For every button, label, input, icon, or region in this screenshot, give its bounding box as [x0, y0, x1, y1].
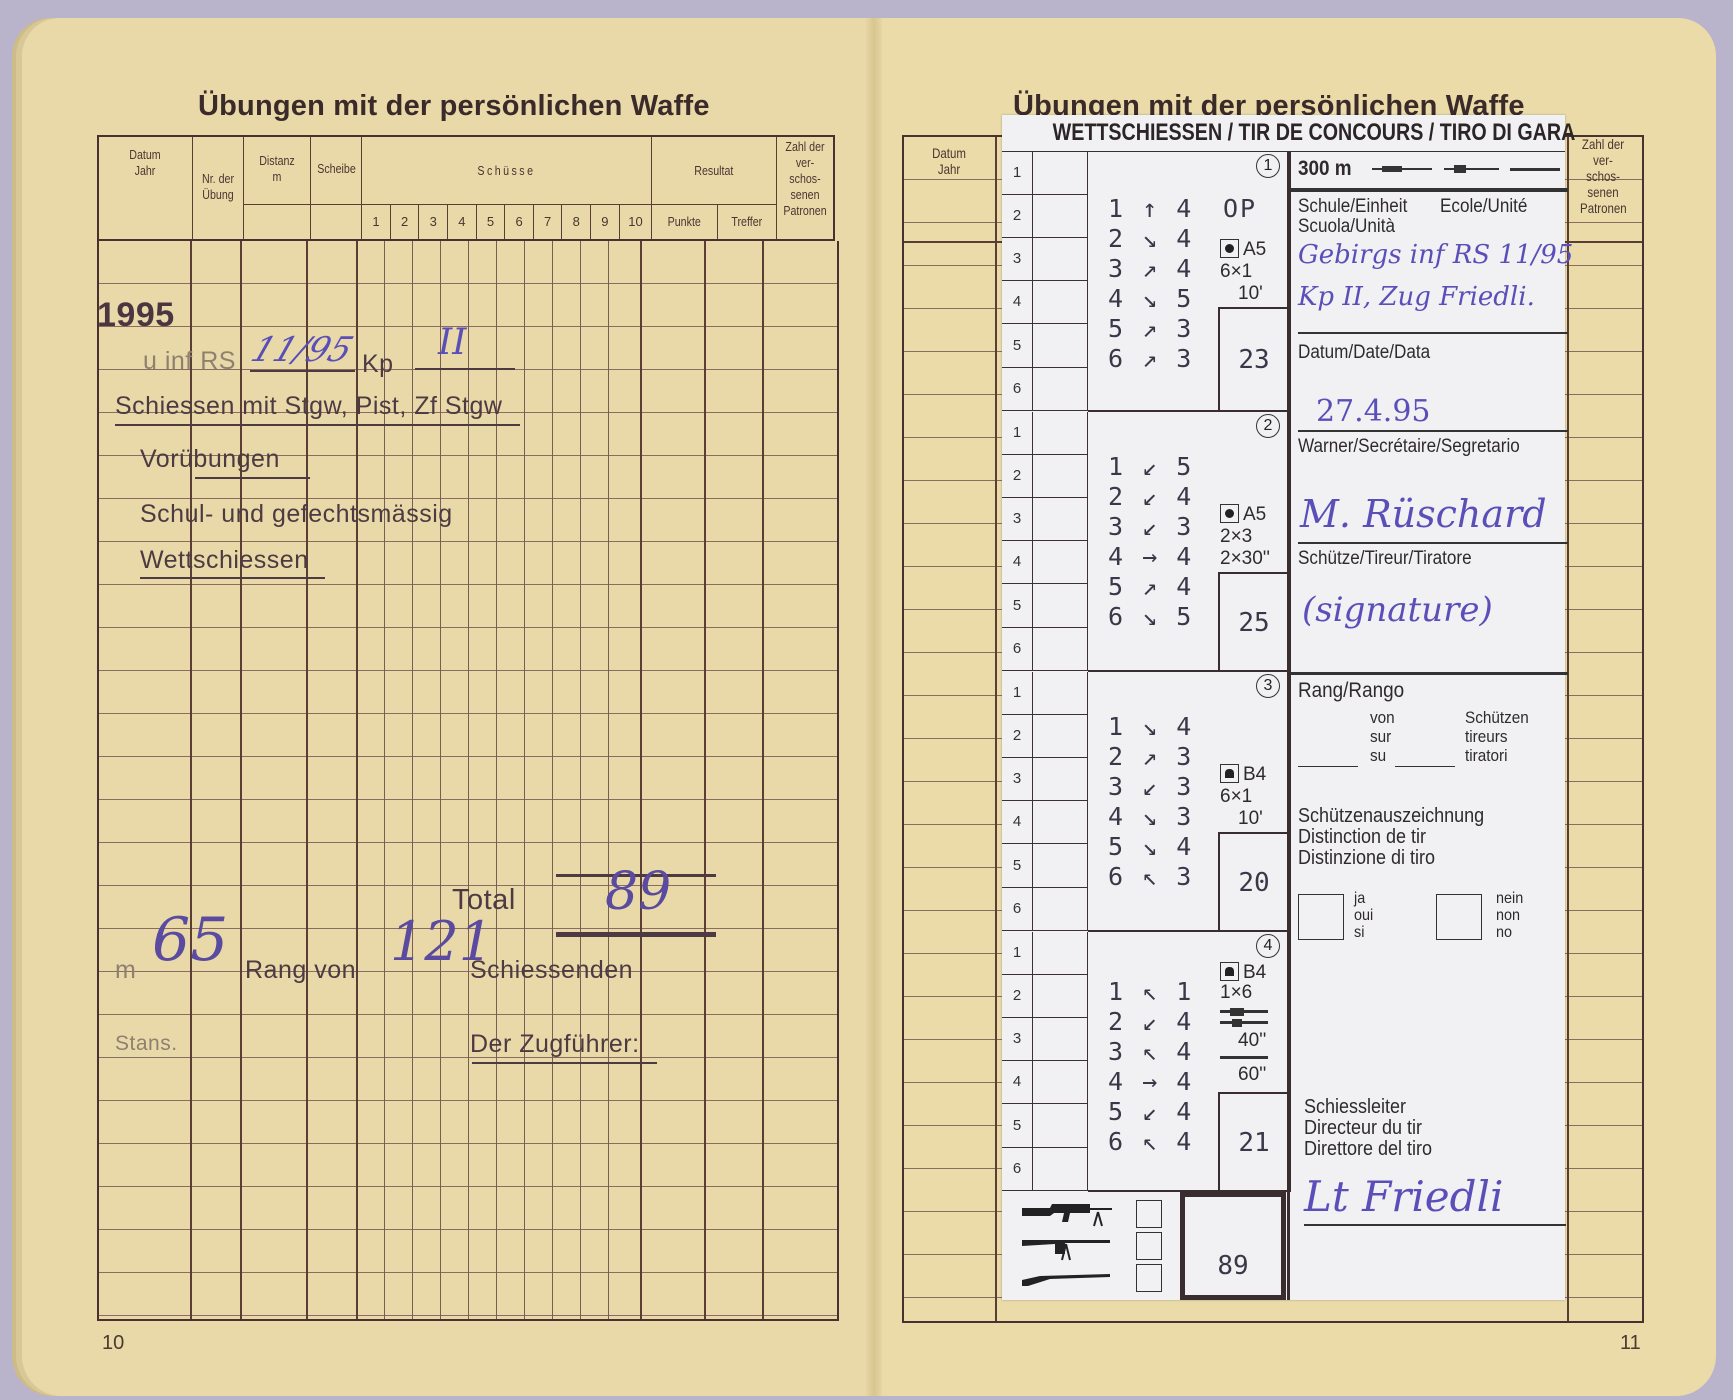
distinction-no-checkbox[interactable]: [1436, 894, 1482, 940]
underline: [140, 577, 325, 579]
handwritten-school-number: 11/95: [246, 330, 359, 370]
stamp-weapons-line: Schiessen mit Stgw, Pist, Zf Stgw: [115, 392, 502, 421]
header-distanz: Distanz m: [243, 136, 310, 204]
shot-col-2: 2: [390, 204, 419, 240]
series-subtotal: 23: [1218, 307, 1288, 412]
stamp-school-prefix: u inf RS: [143, 347, 236, 376]
shot-col-8: 8: [562, 204, 591, 240]
weapon-checkbox-stgw57[interactable]: [1136, 1232, 1162, 1260]
total-score-box: 89: [1180, 1192, 1286, 1300]
rank-input-line[interactable]: [1298, 766, 1358, 767]
total-score: 89: [1185, 1251, 1281, 1281]
stgw57-rifle-icon: [1020, 1232, 1115, 1262]
secretary-signature: M. Rüschard: [1300, 492, 1547, 536]
underline: [115, 424, 520, 426]
weapon-silhouettes-icon: [1372, 162, 1562, 176]
stamp-schul-gefechtsmaessig: Schul- und gefechtsmässig: [140, 500, 453, 529]
book-gutter: [866, 18, 882, 1396]
distinction-yes-checkbox[interactable]: [1298, 894, 1344, 940]
header-zahl-patronen: Zahl der ver- schos- senen Patronen: [777, 136, 834, 240]
underline: [556, 932, 716, 937]
header-nr-uebung: Nr. der Übung: [192, 136, 243, 240]
target-b4-icon: [1220, 962, 1239, 981]
stamp-place: Stans.: [115, 1032, 178, 1056]
shot-col-9: 9: [591, 204, 620, 240]
school-unit-value: Gebirgs inf RS 11/95: [1298, 240, 1573, 270]
stamp-participants-label: Schiessenden: [470, 956, 633, 985]
assault-rifle-icon: [1220, 1006, 1270, 1030]
weapon-checkbox-stgw90[interactable]: [1136, 1200, 1162, 1228]
stamp-rank-label: Rang von: [245, 956, 356, 985]
weapon-selection: [1002, 1192, 1178, 1300]
series-1: 1 2 3 4 5 6 1 1 ↑ 4 2 ↘ 4 3 ↗ 4 4 ↘ 5 5 …: [1002, 152, 1288, 412]
shot-col-6: 6: [505, 204, 534, 240]
score-card-title: WETTSCHIESSEN / TIR DE CONCOURS / TIRO D…: [1053, 115, 1515, 151]
stamp-kp-label: Kp: [362, 350, 394, 379]
series-number-badge: 1: [1256, 154, 1280, 178]
date-value: 27.4.95: [1316, 394, 1431, 429]
shot-col-5: 5: [476, 204, 505, 240]
header-scheibe: Scheibe: [311, 136, 362, 204]
header-punkte: Punkte: [652, 204, 717, 240]
header-resultat: Resultat: [652, 136, 777, 204]
stamp-rank-prefix: m: [115, 956, 136, 985]
header-treffer: Treffer: [717, 204, 776, 240]
handwritten-kp-number: II: [438, 322, 466, 363]
series-flag: OP: [1223, 194, 1257, 223]
series-number-badge: 3: [1256, 674, 1280, 698]
card-info-panel: 300 m Schule/Einheit Ecole/Unité Scuola/…: [1287, 152, 1568, 1300]
handwritten-total: 89: [605, 862, 671, 922]
shot-col-10: 10: [619, 204, 652, 240]
underline: [250, 370, 355, 372]
shooter-signature: (signature): [1302, 590, 1493, 630]
participants-input-line[interactable]: [1395, 766, 1455, 767]
handwritten-rank: 65: [152, 905, 228, 975]
exercise-table: Datum Jahr Nr. der Übung Distanz m Schei…: [97, 135, 835, 241]
page-number-left: 10: [102, 1332, 124, 1355]
target-a5-icon: [1220, 239, 1239, 258]
series-2: 1 2 3 4 5 6 2 1 ↙ 5 2 ↙ 4 3 ↙ 3 4 → 4 5 …: [1002, 412, 1288, 672]
shot-col-1: 1: [362, 204, 391, 240]
series-3: 1 2 3 4 5 6 3 1 ↘ 4 2 ↗ 3 3 ↙ 3 4 ↘ 3 5 …: [1002, 672, 1288, 932]
score-card: WETTSCHIESSEN / TIR DE CONCOURS / TIRO D…: [1002, 115, 1565, 1300]
series-subtotal: 20: [1218, 832, 1288, 932]
underline: [472, 1062, 657, 1064]
karabiner-rifle-icon: [1020, 1266, 1115, 1290]
series-number-badge: 4: [1256, 934, 1280, 958]
series-number-badge: 2: [1256, 414, 1280, 438]
shot-col-7: 7: [533, 204, 562, 240]
company-value: Kp II, Zug Friedli.: [1298, 282, 1535, 312]
carbine-icon: [1220, 1054, 1270, 1062]
distance-label: 300 m: [1298, 158, 1352, 179]
header-datum-jahr-right: Datum Jahr: [905, 145, 993, 179]
series-4: 1 2 3 4 5 6 4 1 ↖ 1 2 ↙ 4 3 ↖ 4 4 → 4 5 …: [1002, 932, 1288, 1192]
shot-col-4: 4: [448, 204, 477, 240]
weapon-checkbox-karabiner[interactable]: [1136, 1264, 1162, 1292]
series-subtotal: 21: [1218, 1092, 1288, 1192]
shot-col-3: 3: [419, 204, 448, 240]
target-a5-icon: [1220, 504, 1239, 523]
target-b4-icon: [1220, 764, 1239, 783]
underline: [415, 368, 515, 370]
series-subtotal: 25: [1218, 572, 1288, 672]
stgw90-rifle-icon: [1020, 1200, 1115, 1228]
stamp-wettschiessen: Wettschiessen: [140, 546, 309, 575]
header-datum-jahr: Datum Jahr: [98, 136, 192, 240]
page-number-right: 11: [1620, 1332, 1641, 1355]
stamp-signature-label: Der Zugführer:: [470, 1030, 640, 1059]
page-title: Übungen mit der persönlichen Waffe: [198, 90, 710, 123]
stamp-year: 1995: [97, 296, 175, 335]
stamp-vorubungen: Vorübungen: [140, 445, 280, 474]
header-zahl-patronen-right: Zahl der ver- schos- senen Patronen: [1568, 136, 1638, 218]
director-signature: Lt Friedli: [1304, 1172, 1503, 1221]
underline: [195, 477, 310, 479]
header-schuesse: Schüsse: [362, 136, 652, 204]
